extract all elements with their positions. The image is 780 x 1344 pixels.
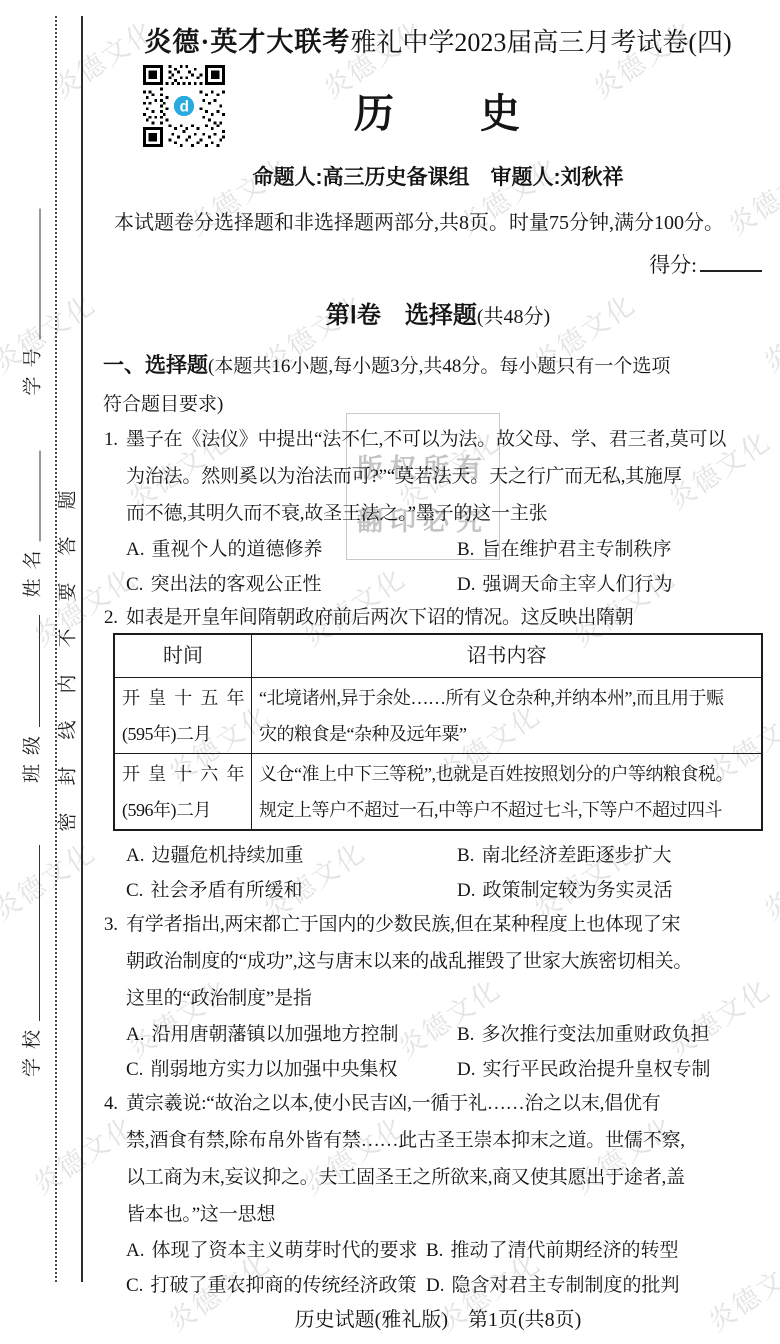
- page-footer: 历史试题(雅礼版) 第1页(共8页): [110, 1303, 766, 1332]
- question-line: 朝政治制度的“成功”,这与唐末以来的战乱摧毁了世家大族密切相关。: [104, 943, 766, 980]
- question-line: 黄宗羲说:“故治之以本,使小民吉凶,一循于礼……治之以末,倡优有: [126, 1093, 661, 1114]
- option-b: B.南北经济差距逐步扩大: [457, 838, 671, 873]
- question-number: 4.: [104, 1085, 126, 1122]
- option-d: D.政策制定较为务实灵活: [457, 873, 673, 908]
- option-a: A.重视个人的道德修养: [126, 532, 457, 567]
- option-c: C.削弱地方实力以加强中央集权: [126, 1052, 457, 1087]
- subject-title: 历 史: [110, 82, 766, 139]
- option-c: C.打破了重农抑商的传统经济政策: [126, 1268, 426, 1303]
- section-intro-line1: (本题共16小题,每小题3分,共48分。每小题只有一个选项: [208, 356, 670, 377]
- field-label: 班级: [17, 727, 44, 783]
- watermark: 炎德文化: [0, 831, 102, 928]
- question-line: 以工商为末,妄议抑之。夫工固圣王之所欲来,商又使其愿出于途者,盖: [104, 1159, 766, 1196]
- option-c: C.突出法的客观公正性: [126, 567, 457, 602]
- section-title-note: (共48分): [477, 306, 550, 328]
- option-b: B.多次推行变法加重财政负担: [457, 1017, 709, 1052]
- question-number: 2.: [104, 599, 126, 636]
- option-d: D.强调天命主宰人们行为: [457, 567, 673, 602]
- question-line: 禁,酒食有禁,除布帛外皆有禁……此古圣王崇本抑末之道。世儒不察,: [104, 1122, 766, 1159]
- field-label: 姓名: [17, 541, 44, 597]
- exam-title: 炎德·英才大联考雅礼中学2023届高三月考试卷(四): [110, 20, 766, 59]
- question: 1.墨子在《法仪》中提出“法不仁,不可以为法。故父母、学、君三者,莫可以 为治法…: [104, 421, 766, 602]
- table-header-content: 诏书内容: [252, 635, 761, 677]
- option-d: D.隐含对君主专制制度的批判: [426, 1268, 680, 1303]
- setter-line: 命题人:高三历史备课组 审题人:刘秋祥: [110, 161, 766, 191]
- option-a: A.体现了资本主义萌芽时代的要求: [126, 1233, 426, 1268]
- watermark: 炎德文化: [0, 283, 102, 380]
- section-intro-line2: 符合题目要求): [103, 386, 767, 424]
- score-blank: [700, 250, 762, 272]
- field-blank: [40, 209, 41, 340]
- question-line: 为治法。然则奚以为治法而可?”“莫若法天。天之行广而无私,其施厚: [104, 458, 766, 495]
- question-options: A.边疆危机持续加重 B.南北经济差距逐步扩大 C.社会矛盾有所缓和 D.政策制…: [104, 838, 766, 908]
- table-cell-content: “北境诸州,异于余处……所有义仓杂种,并纳本州”,而且用于赈 灾的粮食是“杂种及…: [252, 678, 761, 753]
- table-cell-content: 义仓“准上中下三等税”,也就是百姓按照划分的户等纳粮食税。 规定上等户不超过一石…: [252, 754, 761, 829]
- option-c: C.社会矛盾有所缓和: [126, 873, 457, 908]
- question-line: 墨子在《法仪》中提出“法不仁,不可以为法。故父母、学、君三者,莫可以: [126, 429, 726, 450]
- field-blank: [39, 615, 40, 727]
- table-cell-time: 开皇十五年 (595年)二月: [115, 678, 252, 753]
- question-number: 1.: [104, 421, 126, 458]
- exam-instructions: 本试题卷分选择题和非选择题两部分,共8页。时量75分钟,满分100分。: [114, 206, 724, 235]
- score-label: 得分:: [649, 253, 697, 277]
- field-blank: [39, 845, 40, 1021]
- field-label: 学校: [17, 1021, 44, 1077]
- decree-table: 时间 诏书内容 开皇十五年 (595年)二月 “北境诸州,异于余处……所有义仓杂…: [113, 633, 763, 831]
- field-student-id: 学号: [19, 209, 43, 396]
- question-line: 如表是开皇年间隋朝政府前后两次下诏的情况。这反映出隋朝: [126, 607, 634, 628]
- question-number: 3.: [104, 906, 126, 943]
- option-a: A.沿用唐朝藩镇以加强地方控制: [126, 1017, 457, 1052]
- score-box: 得分:: [110, 249, 762, 279]
- option-b: B.旨在维护君主专制秩序: [457, 532, 671, 567]
- option-d: D.实行平民政治提升皇权专制: [457, 1052, 711, 1087]
- field-name: 姓名: [19, 451, 43, 598]
- table-header-time: 时间: [115, 635, 252, 677]
- exam-series: 炎德·英才大联考: [144, 27, 350, 57]
- table-cell-time: 开皇十六年 (596年)二月: [115, 754, 252, 829]
- question: 3.有学者指出,两宋都亡于国内的少数民族,但在某种程度上也体现了宋 朝政治制度的…: [104, 906, 766, 1087]
- seal-instruction-text: 密封线内不要答题: [53, 442, 80, 832]
- exam-title-text: 雅礼中学2023届高三月考试卷(四): [350, 28, 731, 57]
- seal-solid-line: [81, 16, 83, 1282]
- exam-paper-page: 炎德文化 炎德文化 炎德文化 炎德文化 炎德文化 炎德文化 炎德文化 炎德文化 …: [0, 0, 780, 1344]
- section-title: 第Ⅰ卷 选择题(共48分): [110, 295, 766, 330]
- question: 4.黄宗羲说:“故治之以本,使小民吉凶,一循于礼……治之以末,倡优有 禁,酒食有…: [104, 1085, 766, 1303]
- field-label: 学号: [17, 339, 44, 395]
- section-intro-lead: 一、选择题: [103, 354, 208, 377]
- question-line: 有学者指出,两宋都亡于国内的少数民族,但在某种程度上也体现了宋: [126, 914, 680, 935]
- section-title-main: 第Ⅰ卷 选择题: [326, 302, 477, 329]
- field-class: 班级: [18, 615, 42, 783]
- field-blank: [40, 451, 41, 542]
- question-line: 而不德,其明久而不衰,故圣王法之。”墨子的这一主张: [104, 495, 766, 532]
- question-line: 皆本也。”这一思想: [104, 1196, 766, 1233]
- question: 2.如表是开皇年间隋朝政府前后两次下诏的情况。这反映出隋朝: [104, 599, 766, 636]
- section-intro: 一、选择题(本题共16小题,每小题3分,共48分。每小题只有一个选项 符合题目要…: [103, 347, 767, 424]
- option-a: A.边疆危机持续加重: [126, 838, 457, 873]
- option-b: B.推动了清代前期经济的转型: [426, 1233, 678, 1268]
- field-school: 学校: [18, 845, 42, 1077]
- question-line: 这里的“政治制度”是指: [104, 980, 766, 1017]
